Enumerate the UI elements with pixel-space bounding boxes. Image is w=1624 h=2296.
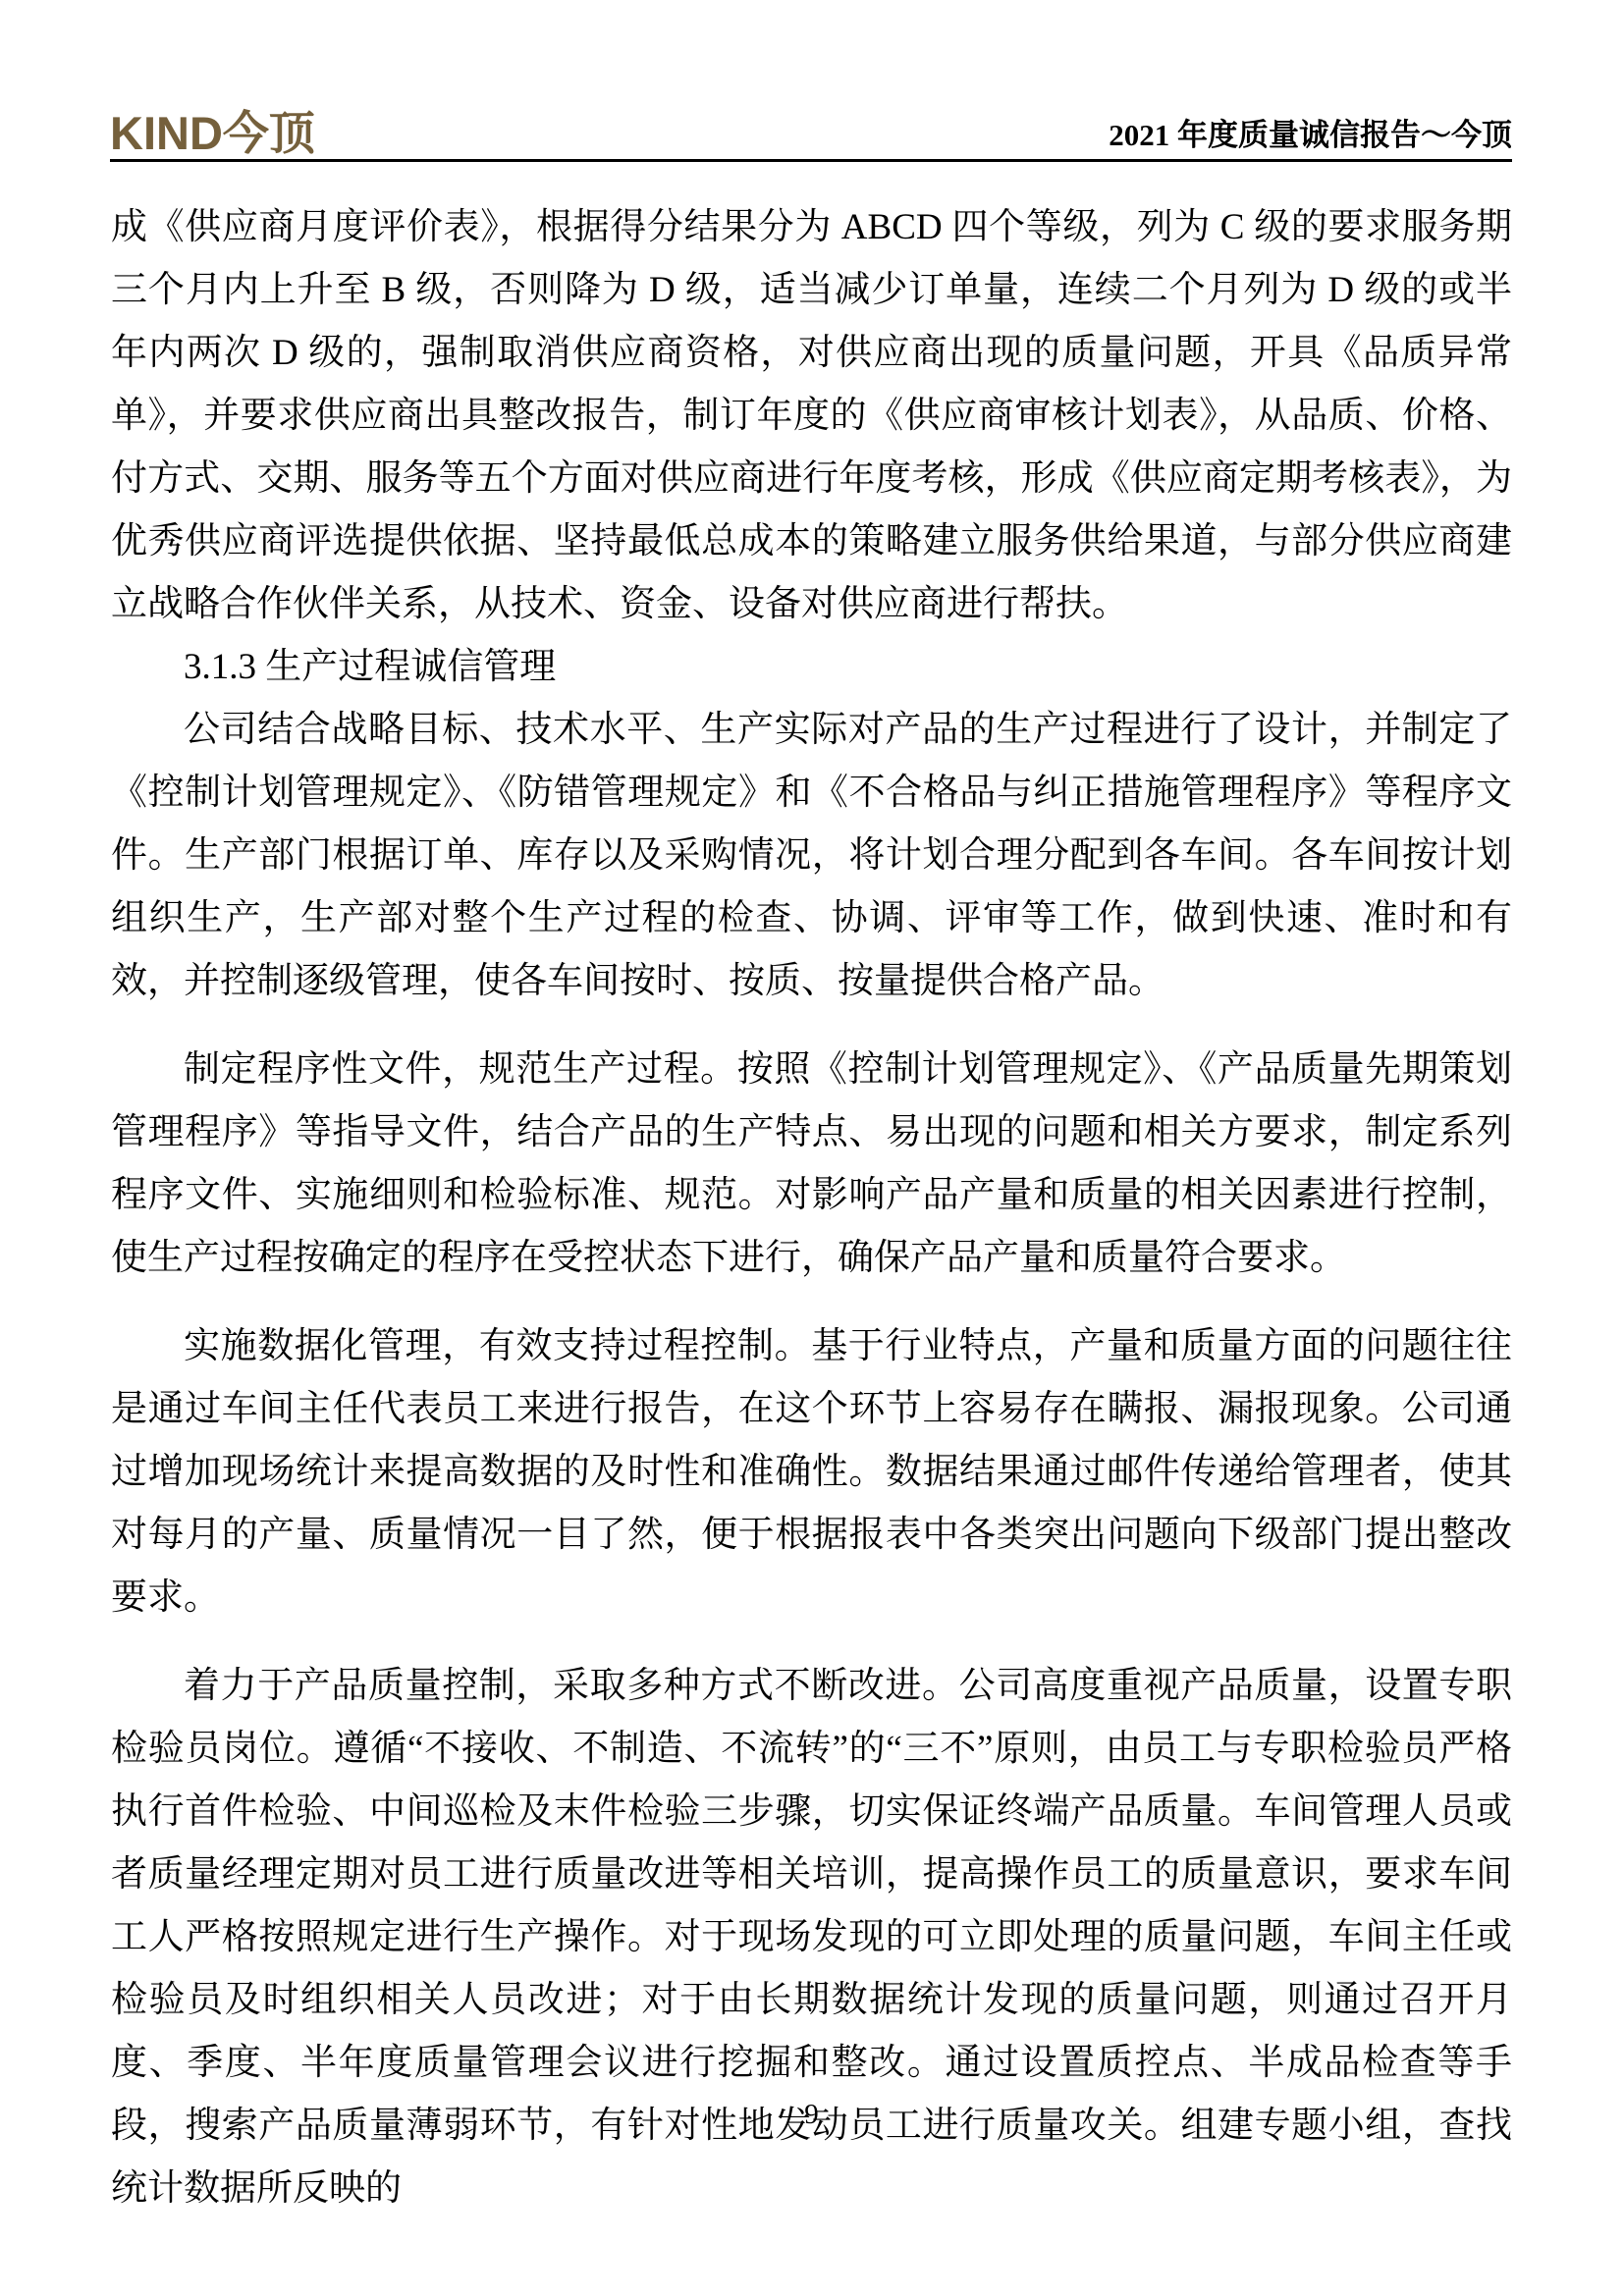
report-title: 2021 年度质量诚信报告～今顶	[1109, 116, 1512, 155]
paragraph-data-management: 实施数据化管理，有效支持过程控制。基于行业特点，产量和质量方面的问题往往是通过车…	[111, 1315, 1512, 1629]
page-number: 9	[804, 2099, 819, 2130]
section-heading-3-1-3: 3.1.3 生产过程诚信管理	[111, 636, 1512, 699]
page-footer: 9	[111, 2097, 1512, 2132]
document-page: KIND今顶 2021 年度质量诚信报告～今顶 成《供应商月度评价表》，根据得分…	[0, 0, 1624, 2296]
brand-logo: KIND今顶	[110, 108, 315, 159]
paragraph-quality-control: 着力于产品质量控制，采取多种方式不断改进。公司高度重视产品质量，设置专职检验员岗…	[111, 1655, 1512, 2220]
paragraph-procedural-documents: 制定程序性文件，规范生产过程。按照《控制计划管理规定》、《产品质量先期策划管理程…	[111, 1039, 1512, 1290]
header-divider	[110, 159, 1512, 162]
paragraph-supplier-evaluation: 成《供应商月度评价表》，根据得分结果分为 ABCD 四个等级，列为 C 级的要求…	[111, 196, 1512, 636]
paragraph-production-process-design: 公司结合战略目标、技术水平、生产实际对产品的生产过程进行了设计，并制定了《控制计…	[111, 699, 1512, 1013]
document-body: 成《供应商月度评价表》，根据得分结果分为 ABCD 四个等级，列为 C 级的要求…	[111, 196, 1512, 2220]
